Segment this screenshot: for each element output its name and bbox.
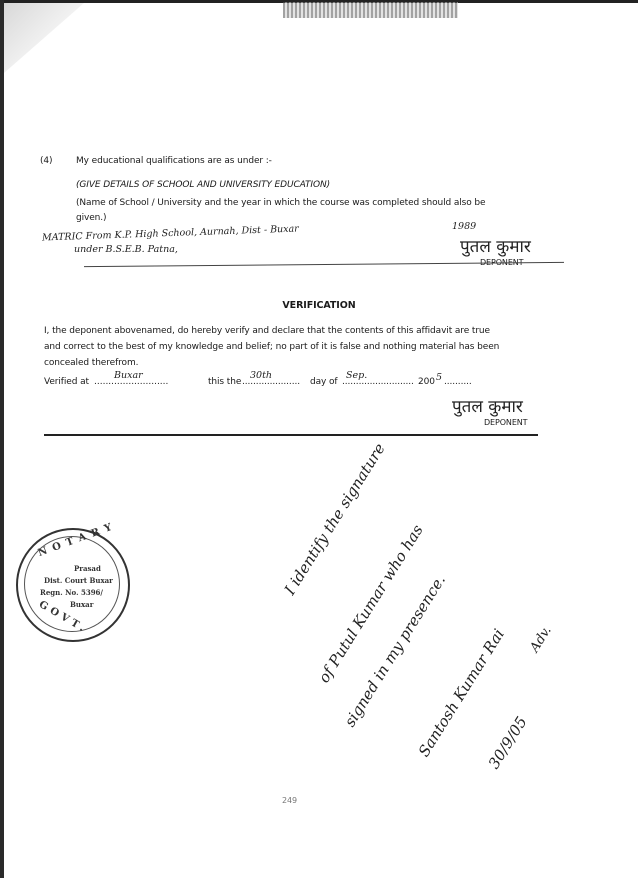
day-of-label: day of bbox=[310, 377, 338, 387]
this-the-label: this the bbox=[208, 377, 241, 387]
identification-date: 30/9/05 bbox=[485, 713, 531, 772]
identification-line1: I identify the signature bbox=[281, 440, 389, 598]
section-number: (4) bbox=[40, 156, 52, 166]
section-intro: My educational qualifications are as und… bbox=[76, 156, 272, 166]
handwritten-qualification-line1: MATRIC From K.P. High School, Aurnah, Di… bbox=[42, 224, 299, 244]
scan-edge-left bbox=[0, 0, 4, 878]
verification-line2: and correct to the best of my knowledge … bbox=[44, 342, 499, 352]
deponent-label-2: DEPONENT bbox=[484, 418, 527, 427]
verification-line1: I, the deponent abovenamed, do hereby ve… bbox=[44, 326, 490, 336]
stamp-court: Dist. Court Buxar bbox=[44, 576, 113, 585]
deponent-signature-1: पुतल कुमार bbox=[460, 234, 531, 257]
handwritten-year: 1989 bbox=[452, 221, 476, 232]
page-fold-corner bbox=[4, 3, 84, 73]
dots-4: .......... bbox=[444, 377, 472, 387]
month-value: Sep. bbox=[346, 370, 367, 381]
identification-signer: Santosh Kumar Rai bbox=[415, 626, 508, 760]
stamp-regn: Regn. No. 5396/ bbox=[40, 588, 103, 597]
day-value: 30th bbox=[250, 370, 272, 381]
page-number: 249 bbox=[282, 796, 297, 805]
verified-at-value: Buxar bbox=[114, 370, 143, 381]
scan-header-artifact bbox=[283, 2, 458, 18]
deponent-signature-2: पुतल कुमार bbox=[452, 394, 523, 417]
verification-line3: concealed therefrom. bbox=[44, 358, 138, 368]
stamp-name: Prasad bbox=[74, 564, 101, 573]
identification-line2: of Putul Kumar who has bbox=[315, 522, 427, 686]
year-value: 5 bbox=[436, 372, 442, 383]
section-note-line1: (Name of School / University and the yea… bbox=[76, 198, 485, 208]
stamp-place: Buxar bbox=[70, 600, 93, 609]
divider-line-2 bbox=[44, 434, 538, 436]
verified-at-label: Verified at bbox=[44, 377, 89, 387]
identification-title: Adv. bbox=[527, 624, 554, 655]
year-prefix: 200 bbox=[418, 377, 435, 387]
section-note-line2: given.) bbox=[76, 213, 106, 223]
handwritten-qualification-line2: under B.S.E.B. Patna, bbox=[74, 244, 178, 255]
verification-title: VERIFICATION bbox=[0, 300, 638, 311]
section-instruction: (GIVE DETAILS OF SCHOOL AND UNIVERSITY E… bbox=[76, 180, 330, 190]
identification-line3: signed in my presence. bbox=[341, 572, 449, 730]
